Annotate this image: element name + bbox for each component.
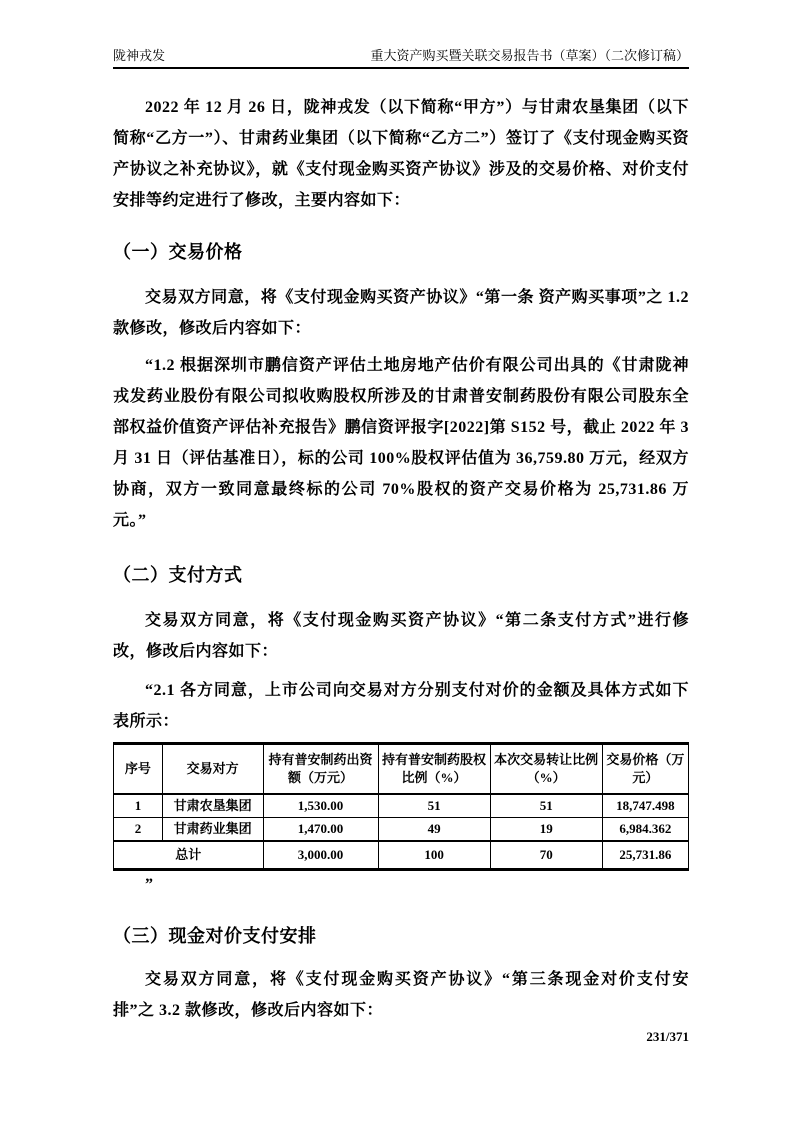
paragraph-clause-1-2: “1.2 根据深圳市鹏信资产评估土地房地产估价有限公司出具的《甘肃陇神戎发药业股… bbox=[113, 350, 689, 536]
paragraph-section3-lead: 交易双方同意，将《支付现金购买资产协议》“第三条现金对价支付安排”之 3.2 款… bbox=[113, 964, 689, 1026]
table-cell: 19 bbox=[490, 818, 602, 842]
table-header-transfer-ratio: 本次交易转让比例（%） bbox=[490, 744, 602, 795]
table-cell: 甘肃药业集团 bbox=[162, 818, 263, 842]
table-cell: 6,984.362 bbox=[602, 818, 688, 842]
section-heading-3: （三）现金对价支付安排 bbox=[113, 921, 689, 952]
table-cell: 70 bbox=[490, 841, 602, 870]
table-header-capital: 持有普安制药出资额（万元） bbox=[263, 744, 378, 795]
table-row: 1 甘肃农垦集团 1,530.00 51 51 18,747.498 bbox=[114, 794, 689, 818]
document-page: 陇神戎发 重大资产购买暨关联交易报告书（草案）（二次修订稿） 2022 年 12… bbox=[0, 0, 793, 1122]
table-cell: 100 bbox=[378, 841, 490, 870]
consideration-table: 序号 交易对方 持有普安制药出资额（万元） 持有普安制药股权比例（%） 本次交易… bbox=[113, 742, 689, 871]
paragraph-section1-lead: 交易双方同意，将《支付现金购买资产协议》“第一条 资产购买事项”之 1.2 款修… bbox=[113, 282, 689, 344]
table-cell: 18,747.498 bbox=[602, 794, 688, 818]
header-right-title: 重大资产购买暨关联交易报告书（草案）（二次修订稿） bbox=[370, 48, 689, 64]
table-row: 2 甘肃药业集团 1,470.00 49 19 6,984.362 bbox=[114, 818, 689, 842]
table-total-row: 总计 3,000.00 100 70 25,731.86 bbox=[114, 841, 689, 870]
table-cell: 2 bbox=[114, 818, 163, 842]
page-number: 231/371 bbox=[113, 1028, 689, 1046]
header-left-title: 陇神戎发 bbox=[113, 48, 165, 64]
section-heading-2: （二）支付方式 bbox=[113, 560, 689, 591]
closing-quote-mark: ” bbox=[113, 871, 689, 899]
table-cell: 51 bbox=[378, 794, 490, 818]
section-heading-1: （一）交易价格 bbox=[113, 237, 689, 268]
paragraph-clause-2-1: “2.1 各方同意，上市公司向交易对方分别支付对价的金额及具体方式如下表所示： bbox=[113, 675, 689, 737]
table-cell: 甘肃农垦集团 bbox=[162, 794, 263, 818]
table-cell: 1,470.00 bbox=[263, 818, 378, 842]
table-cell: 1,530.00 bbox=[263, 794, 378, 818]
paragraph-intro: 2022 年 12 月 26 日，陇神戎发（以下简称“甲方”）与甘肃农垦集团（以… bbox=[113, 92, 689, 216]
table-header-counterparty: 交易对方 bbox=[162, 744, 263, 795]
table-header-index: 序号 bbox=[114, 744, 163, 795]
table-header-equity-ratio: 持有普安制药股权比例（%） bbox=[378, 744, 490, 795]
table-cell: 25,731.86 bbox=[602, 841, 688, 870]
table-cell: 49 bbox=[378, 818, 490, 842]
table-header-price: 交易价格（万元） bbox=[602, 744, 688, 795]
paragraph-section2-lead: 交易双方同意，将《支付现金购买资产协议》“第二条支付方式”进行修改，修改后内容如… bbox=[113, 605, 689, 667]
table-header-row: 序号 交易对方 持有普安制药出资额（万元） 持有普安制药股权比例（%） 本次交易… bbox=[114, 744, 689, 795]
running-header: 陇神戎发 重大资产购买暨关联交易报告书（草案）（二次修订稿） bbox=[113, 48, 689, 69]
table-cell: 51 bbox=[490, 794, 602, 818]
table-cell: 3,000.00 bbox=[263, 841, 378, 870]
table-total-label: 总计 bbox=[114, 841, 264, 870]
table-cell: 1 bbox=[114, 794, 163, 818]
